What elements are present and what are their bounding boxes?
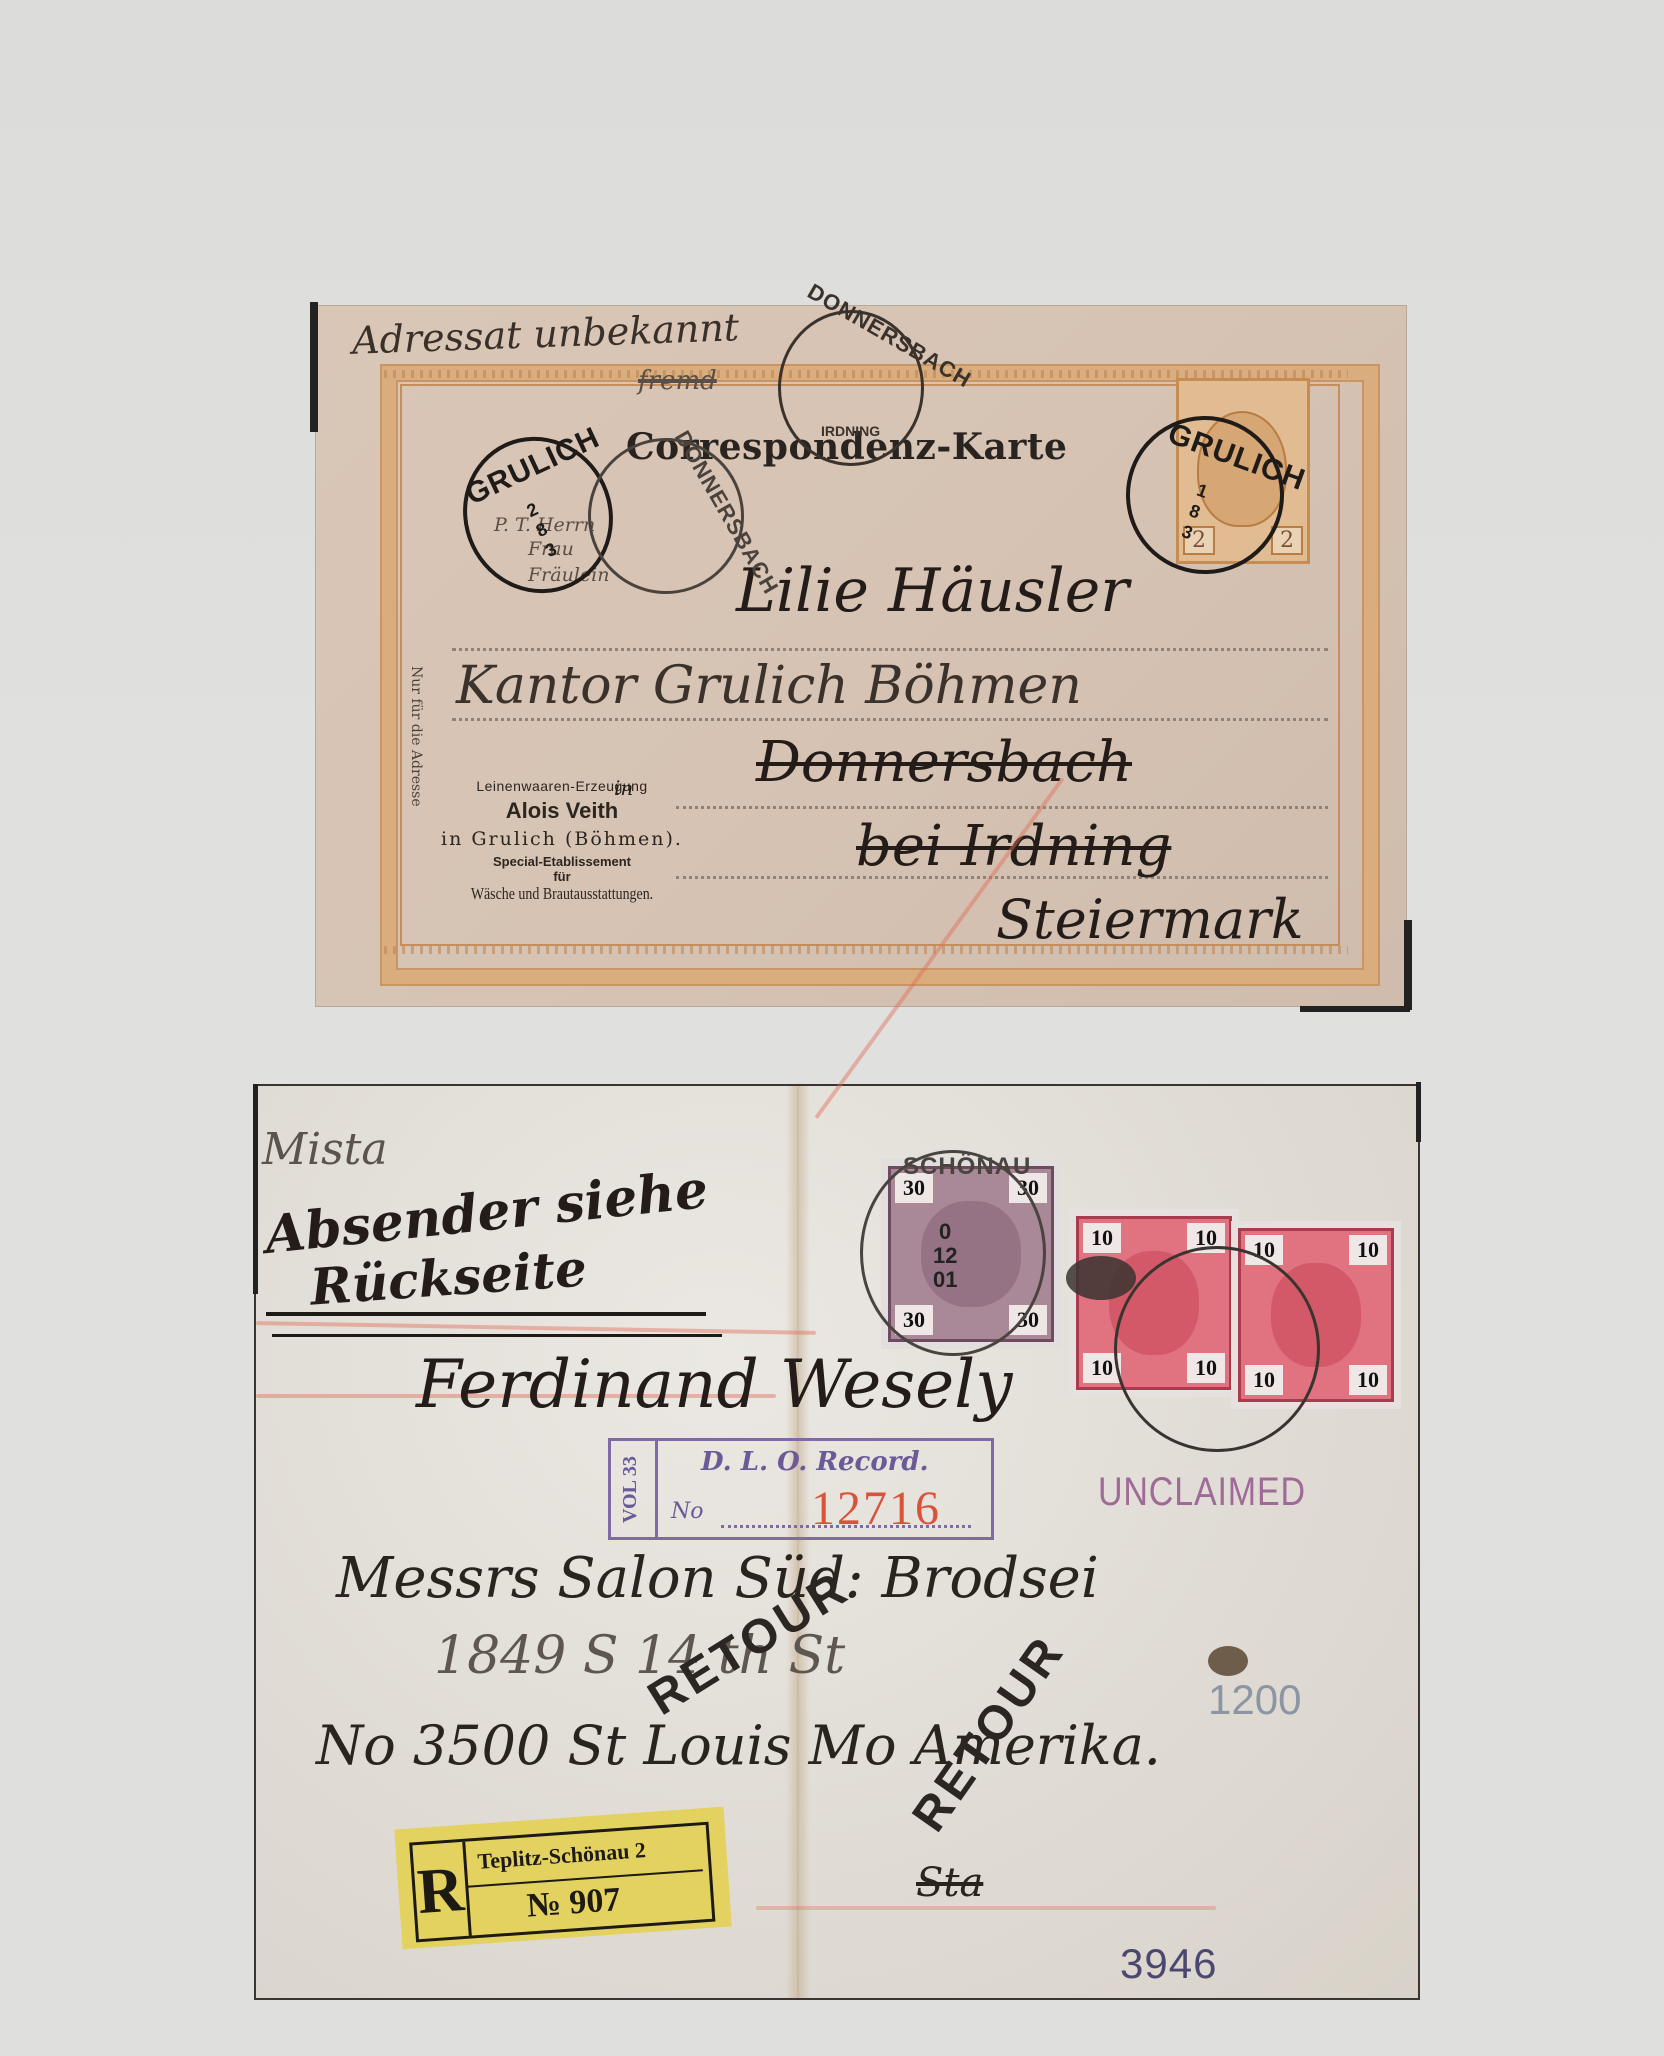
handwritten-addressee-name: Ferdinand Wesely: [416, 1346, 1013, 1423]
registration-office: Teplitz-Schönau 2: [477, 1837, 647, 1875]
sender-line6: Wäsche und Brautausstattungen.: [439, 884, 685, 904]
postmark-name: DONNERSBACH: [803, 279, 976, 394]
handwritten-addressee: Lilie Häusler: [736, 556, 1129, 626]
envelope: Mista Absender siehe Rückseite Ferdinand…: [256, 1086, 1418, 1998]
grey-numeral: 1200: [1208, 1676, 1301, 1724]
dlo-record-number: 12716: [811, 1481, 941, 1536]
address-line: [452, 718, 1328, 721]
stamp-value: 10: [1083, 1223, 1121, 1253]
handwritten-line2: Kantor Grulich Böhmen: [456, 656, 1082, 716]
postmark-date: 3: [1179, 521, 1196, 544]
cancel-postmark: SCHÖNAU 0 12 01: [860, 1150, 1046, 1356]
registration-label: R Teplitz-Schönau 2 № 907: [394, 1807, 732, 1950]
handwritten-note-top: Adressat unbekannt: [351, 305, 739, 362]
red-pencil-mark: [256, 1321, 816, 1335]
handwritten-top-note: Mista: [262, 1124, 388, 1175]
sender-location: in Grulich (Böhmen).: [412, 828, 712, 850]
handwritten-address-line3: No 3500 St Louis Mo Amerika.: [316, 1714, 1161, 1777]
dlo-record-stamp: VOL 33 D. L. O. Record. No 12716: [608, 1438, 994, 1540]
mount-corner: [310, 302, 318, 432]
stamp-value: 2: [1271, 526, 1303, 555]
registration-letter: R: [412, 1842, 471, 1939]
sender-imprint: Leinenwaaren-Erzeugung Alois Veith in Gr…: [412, 778, 712, 904]
postmark-date: 1: [1194, 480, 1211, 503]
postmark-name: SCHÖNAU: [903, 1153, 1031, 1181]
postmark-date: 0: [939, 1219, 951, 1245]
handwritten-struck-line1: Donnersbach: [756, 730, 1132, 795]
postmark-subtitle: IRDNING: [821, 423, 880, 439]
handwritten-struck-text: Sta: [916, 1860, 983, 1906]
mount-corner: [1300, 1006, 1410, 1012]
stamp-value: 10: [1349, 1365, 1387, 1395]
cancel-postmark: [1114, 1246, 1320, 1452]
registration-frame: R Teplitz-Schönau 2 № 907: [409, 1822, 715, 1943]
red-pencil-mark: [756, 1906, 1216, 1910]
mount-corner: [253, 1084, 258, 1294]
handwritten-line4: Steiermark: [996, 888, 1304, 951]
envelope-fold: [786, 1086, 810, 1998]
postmark-date: 8: [1186, 500, 1203, 523]
stamp-value: 10: [1349, 1235, 1387, 1265]
dlo-heading: D. L. O. Record.: [701, 1447, 929, 1477]
postmark-date: 8: [533, 519, 551, 542]
postcard: Correspondenz-Karte P. T. Herrn Frau Frä…: [316, 306, 1406, 1006]
sender-line4: Special-Etablissement: [412, 854, 712, 869]
unclaimed-stamp: UNCLAIMED: [1098, 1470, 1306, 1515]
dlo-no-label: No: [671, 1499, 704, 1524]
sender-line5: für: [412, 869, 712, 884]
postmark-date: 01: [933, 1267, 957, 1293]
dlo-vol: VOL 33: [619, 1456, 642, 1523]
ink-blot: [1066, 1256, 1136, 1300]
postmark-date: 12: [933, 1243, 957, 1269]
postmark-donnersbach: DONNERSBACH IRDNING: [778, 310, 924, 466]
address-line: [676, 806, 1328, 809]
sender-name: Alois Veith: [412, 798, 712, 824]
handwritten-in: in: [614, 776, 633, 800]
handwritten-note-small: fremd: [638, 366, 717, 396]
ink-blot: [1208, 1646, 1248, 1676]
sender-trade: Leinenwaaren-Erzeugung: [412, 778, 712, 794]
address-line: [452, 648, 1328, 651]
underline-stroke: [272, 1334, 722, 1337]
postmark-date: 2: [524, 499, 542, 522]
underline-stroke: [266, 1312, 706, 1316]
handwritten-address-line1: Messrs Salon Süd: Brodsei: [336, 1546, 1099, 1611]
mount-corner: [1416, 1082, 1421, 1142]
mount-corner: [1404, 920, 1412, 1010]
registration-number: № 907: [526, 1881, 622, 1925]
postmark-date: 3: [542, 539, 560, 562]
blue-numeral: 3946: [1120, 1940, 1217, 1988]
dlo-vol-box: VOL 33: [611, 1441, 658, 1537]
